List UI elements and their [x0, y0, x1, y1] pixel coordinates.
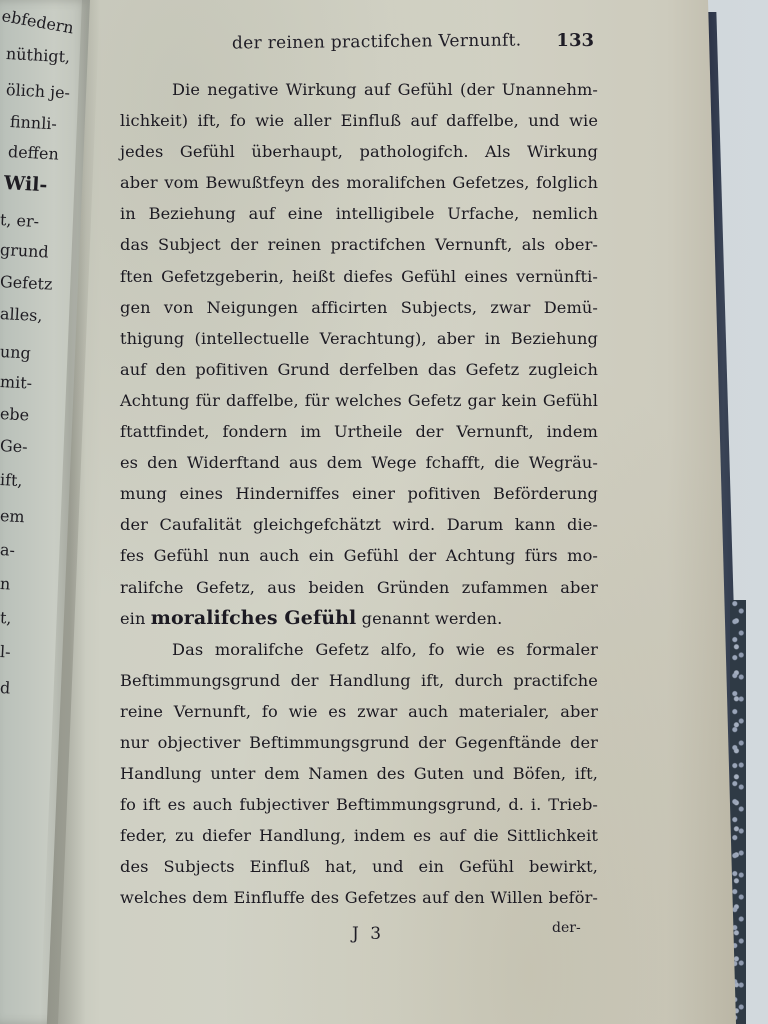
text-line: in Beziehung auf eine intelligibele Urfa… — [120, 198, 598, 229]
emphasized-term: moralifches Gefühl — [151, 607, 357, 629]
left-fragment: ebfedern — [0, 6, 75, 37]
left-fragment: d — [0, 678, 11, 698]
text-line-emphasis: ein moralifches Gefühl genannt werden. — [120, 603, 598, 634]
text-line: fes Gefühl nun auch ein Gefühl der Achtu… — [120, 540, 598, 571]
left-fragment: ebe — [0, 404, 30, 425]
page-number: 133 — [556, 30, 594, 51]
left-fragment: alles, — [0, 304, 43, 325]
left-fragment: ift, — [0, 470, 23, 490]
text-line: mung eines Hinderniffes einer pofitiven … — [120, 478, 598, 509]
text-span: genannt werden. — [356, 609, 502, 628]
text-line: es den Widerftand aus dem Wege fchafft, … — [120, 447, 598, 478]
text-line: der Caufalität gleichgefchätzt wird. Dar… — [120, 509, 598, 540]
text-span: ein — [120, 609, 151, 628]
text-line: welches dem Einfluffe des Gefetzes auf d… — [120, 882, 598, 913]
left-fragment: ölich je- — [6, 80, 71, 102]
left-fragment: a- — [0, 540, 15, 560]
text-line: fo ift es auch fubjectiver Beftimmungsgr… — [120, 789, 598, 820]
text-line: ftattfindet, fondern im Urtheile der Ver… — [120, 416, 598, 447]
left-fragment: ung — [0, 342, 31, 363]
signature-mark: J 3 — [352, 924, 384, 944]
text-line: Handlung unter dem Namen des Guten und B… — [120, 758, 598, 789]
text-line: ralifche Gefetz, aus beiden Gründen zufa… — [120, 572, 598, 603]
text-line: des Subjects Einfluß hat, und ein Gefühl… — [120, 851, 598, 882]
text-line: Die negative Wirkung auf Gefühl (der Una… — [120, 74, 598, 105]
text-line: nur objectiver Beftimmungsgrund der Gege… — [120, 727, 598, 758]
left-fragment: finnli- — [10, 112, 58, 133]
page-header: der reinen practifchen Vernunft. 133 — [232, 32, 600, 60]
text-line: gen von Neigungen afficirten Subjects, z… — [120, 292, 598, 323]
left-fragment: Ge- — [0, 436, 28, 456]
left-page-text-fragments: ebfedern nüthigt, ölich je- finnli- deff… — [0, 0, 90, 1024]
text-line: feder, zu diefer Handlung, indem es auf … — [120, 820, 598, 851]
left-fragment: Gefetz — [0, 272, 53, 294]
body-text: Die negative Wirkung auf Gefühl (der Una… — [120, 74, 598, 914]
text-line: Beftimmungsgrund der Handlung ift, durch… — [120, 665, 598, 696]
left-fragment: mit- — [0, 372, 33, 393]
left-fragment: nüthigt, — [6, 44, 71, 66]
left-fragment: l- — [0, 642, 11, 662]
left-fragment: grund — [0, 240, 49, 262]
text-line: jedes Gefühl überhaupt, pathologifch. Al… — [120, 136, 598, 167]
text-line: lichkeit) ift, fo wie aller Einfluß auf … — [120, 105, 598, 136]
text-line: aber vom Bewußtfeyn des moralifchen Gefe… — [120, 167, 598, 198]
text-line: reine Vernunft, fo wie es zwar auch mate… — [120, 696, 598, 727]
left-fragment: Wil- — [3, 172, 47, 196]
left-fragment: n — [0, 574, 11, 594]
left-fragment: em — [0, 506, 25, 526]
catchword: der- — [552, 920, 581, 936]
left-fragment: t, — [0, 608, 12, 628]
left-fragment: deffen — [8, 142, 60, 164]
text-line: auf den pofitiven Grund derfelben das Ge… — [120, 354, 598, 385]
running-head: der reinen practifchen Vernunft. — [232, 30, 522, 53]
text-line: Achtung für daffelbe, für welches Gefetz… — [120, 385, 598, 416]
text-line: das Subject der reinen practifchen Vernu… — [120, 229, 598, 260]
text-line: ften Gefetzgeberin, heißt diefes Gefühl … — [120, 261, 598, 292]
page-footer: J 3 der- — [120, 924, 598, 954]
left-fragment: t, er- — [0, 210, 40, 231]
text-line: thigung (intellectuelle Verachtung), abe… — [120, 323, 598, 354]
text-line: Das moralifche Gefetz alfo, fo wie es fo… — [120, 634, 598, 665]
